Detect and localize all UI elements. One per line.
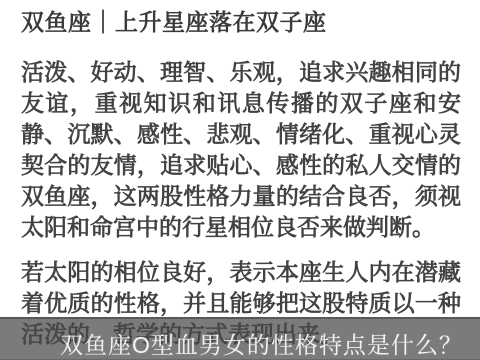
- related-question-overlay-bar[interactable]: 双鱼座O型血男女的性格特点是什么？: [0, 317, 480, 360]
- article-paragraph-1: 活泼、好动、理智、乐观，追求兴趣相同的友谊，重视知识和讯息传播的双子座和安静、沉…: [21, 57, 461, 243]
- article-page: 双鱼座｜上升星座落在双子座 活泼、好动、理智、乐观，追求兴趣相同的友谊，重视知识…: [0, 7, 480, 360]
- related-question-text: 双鱼座O型血男女的性格特点是什么？: [60, 327, 463, 360]
- article-title: 双鱼座｜上升星座落在双子座: [21, 7, 459, 37]
